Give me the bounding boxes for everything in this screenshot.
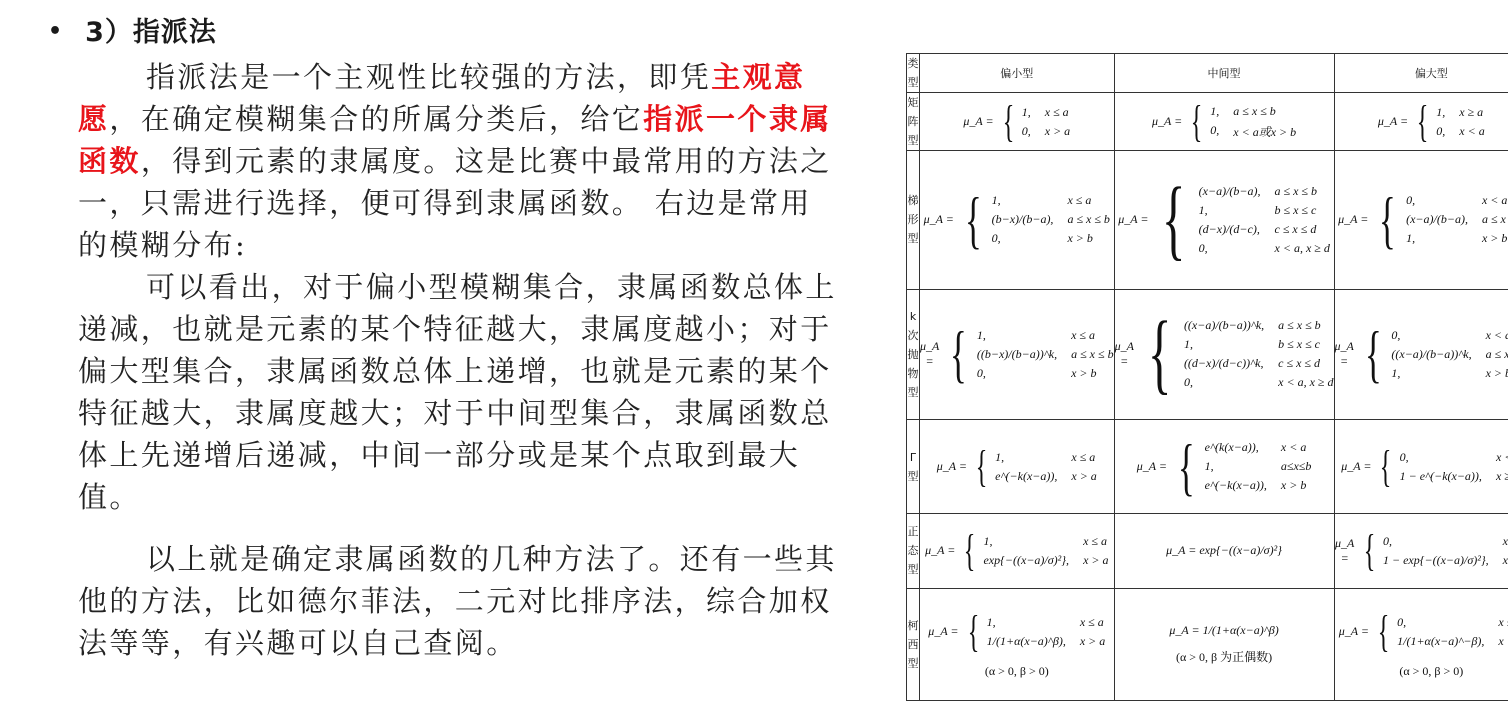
formula-term: x > b bbox=[1486, 366, 1508, 381]
brace-icon: { bbox=[965, 188, 982, 252]
brace-icon: { bbox=[950, 322, 967, 386]
formula-term: x ≤ a bbox=[1071, 328, 1114, 343]
brace-icon: { bbox=[967, 610, 979, 654]
brace-icon: { bbox=[1147, 309, 1171, 399]
formula-term: c ≤ x ≤ d bbox=[1278, 356, 1333, 371]
cell-small: μ_A ={ 1,x ≤ a 0,x > a bbox=[920, 93, 1115, 151]
cell-small: μ_A ={ 1,x ≤ a ((b−x)/(b−a))^k,a ≤ x ≤ b… bbox=[920, 289, 1115, 419]
formula-term: 1/(1+α(x−a)^β), bbox=[987, 634, 1066, 649]
text-segment: 以上就是确定隶属函数的几种方法了。还有一些其他的方法，比如德尔菲法，二元对比排序… bbox=[78, 542, 837, 660]
formula-term: 0, bbox=[1436, 124, 1445, 139]
formula-term: (x−a)/(b−a), bbox=[1199, 184, 1261, 199]
formula-term: x < a bbox=[1281, 440, 1312, 455]
row-label: 正态型 bbox=[907, 514, 920, 588]
formula-term: μ_A = bbox=[928, 624, 958, 639]
body-text: 指派法是一个主观性比较强的方法，即凭主观意愿，在确定模糊集合的所属分类后，给它指… bbox=[78, 56, 838, 664]
paragraph-3: 以上就是确定隶属函数的几种方法了。还有一些其他的方法，比如德尔菲法，二元对比排序… bbox=[78, 538, 838, 664]
brace-icon: { bbox=[1191, 100, 1203, 144]
formula-term: 1, bbox=[1205, 459, 1267, 474]
formula-term: x > a bbox=[1071, 469, 1096, 484]
formula-term: μ_A = bbox=[1115, 339, 1134, 369]
formula-term: x > a bbox=[1045, 124, 1070, 139]
table-row: 正态型 μ_A ={ 1,x ≤ a exp{−((x−a)/σ)²},x > … bbox=[907, 514, 1508, 588]
formula-term: ((b−x)/(b−a))^k, bbox=[977, 347, 1057, 362]
formula-term: x > a bbox=[1083, 553, 1108, 568]
formula-term: 1, bbox=[987, 615, 1066, 630]
formula-term: a ≤ x ≤ b bbox=[1482, 212, 1508, 227]
cell-large: μ_A ={ 0,x ≤ a 1/(1+α(x−a)^−β),x > a (α … bbox=[1334, 588, 1508, 700]
cell-small: μ_A ={ 1,x ≤ a (b−x)/(b−a),a ≤ x ≤ b 0,x… bbox=[920, 151, 1115, 289]
formula-term: 0, bbox=[1400, 450, 1482, 465]
formula-term: e^(−k(x−a)), bbox=[995, 469, 1057, 484]
formula-term: μ_A = bbox=[1339, 624, 1369, 639]
formula-term: μ_A = bbox=[925, 543, 955, 558]
cell-small: μ_A ={ 1,x ≤ a 1/(1+α(x−a)^β),x > a (α >… bbox=[920, 588, 1115, 700]
cell-large: μ_A ={ 1,x ≥ a 0,x < a bbox=[1334, 93, 1508, 151]
cauchy-large-note: (α > 0, β > 0) bbox=[1335, 664, 1508, 679]
brace-icon: { bbox=[964, 529, 976, 573]
formula-term: x > b bbox=[1067, 231, 1110, 246]
brace-icon: { bbox=[1380, 445, 1392, 489]
table-header-row: 类型 偏小型 中间型 偏大型 bbox=[907, 54, 1508, 93]
formula-term: 1, bbox=[1022, 105, 1031, 120]
formula-term: x < a bbox=[1482, 193, 1508, 208]
section-title-text: 3）指派法 bbox=[85, 17, 217, 48]
text-segment: ，得到元素的隶属度。这是比赛中最常用的方法之一，只需进行选择，便可得到隶属函数。… bbox=[78, 144, 832, 262]
formula-term: x ≤ a bbox=[1503, 534, 1508, 549]
col-header-large: 偏大型 bbox=[1334, 54, 1508, 93]
formula-term: 1, bbox=[1406, 231, 1468, 246]
table-row: 柯西型 μ_A ={ 1,x ≤ a 1/(1+α(x−a)^β),x > a … bbox=[907, 588, 1508, 700]
formula-term: 0, bbox=[977, 366, 1057, 381]
row-label: 矩阵型 bbox=[907, 93, 920, 151]
cell-large: μ_A ={ 0,x < a ((x−a)/(b−a))^k,a ≤ x ≤ b… bbox=[1334, 289, 1508, 419]
bullet-icon: • bbox=[48, 19, 63, 44]
row-label: 梯形型 bbox=[907, 151, 920, 289]
formula-term: μ_A = bbox=[1335, 339, 1354, 369]
formula-term: 0, bbox=[1391, 328, 1471, 343]
formula-term: x > b bbox=[1281, 478, 1312, 493]
formula-term: 0, bbox=[992, 231, 1054, 246]
table-row: 梯形型 μ_A ={ 1,x ≤ a (b−x)/(b−a),a ≤ x ≤ b… bbox=[907, 151, 1508, 289]
cell-middle: μ_A ={ ((x−a)/(b−a))^k,a ≤ x ≤ b 1,b ≤ x… bbox=[1114, 289, 1334, 419]
formula-term: x < a bbox=[1496, 450, 1508, 465]
paragraph-2: 可以看出，对于偏小型模糊集合，隶属函数总体上递减，也就是元素的某个特征越大，隶属… bbox=[78, 266, 838, 518]
formula-term: μ_A = bbox=[1341, 459, 1371, 474]
formula-term: c ≤ x ≤ d bbox=[1275, 222, 1330, 237]
formula-term: μ_A = bbox=[1118, 212, 1148, 227]
formula-term: x ≤ a bbox=[1080, 615, 1105, 630]
formula-term: x ≤ a bbox=[1498, 615, 1508, 630]
formula-term: 0, bbox=[1210, 123, 1219, 140]
cell-middle: μ_A ={ (x−a)/(b−a),a ≤ x ≤ b 1,b ≤ x ≤ c… bbox=[1114, 151, 1334, 289]
formula-term: μ_A = bbox=[937, 459, 967, 474]
formula-term: 1, bbox=[1436, 105, 1445, 120]
formula-term: 1, bbox=[1199, 203, 1261, 218]
formula-term: 1, bbox=[977, 328, 1057, 343]
brace-icon: { bbox=[1002, 100, 1014, 144]
cell-small: μ_A ={ 1,x ≤ a exp{−((x−a)/σ)²},x > a bbox=[920, 514, 1115, 588]
formula-term: μ_A = bbox=[1137, 459, 1167, 474]
formula-term: a ≤ x ≤ b bbox=[1233, 104, 1296, 119]
formula-term: b ≤ x ≤ c bbox=[1278, 337, 1333, 352]
formula-term: e^(k(x−a)), bbox=[1205, 440, 1267, 455]
formula-term: a ≤ x ≤ b bbox=[1275, 184, 1330, 199]
col-header-small: 偏小型 bbox=[920, 54, 1115, 93]
formula-term: 1, bbox=[983, 534, 1069, 549]
formula-term: x ≤ a bbox=[1083, 534, 1108, 549]
cell-large: μ_A ={ 0,x < a 1 − e^(−k(x−a)),x ≥ a bbox=[1334, 420, 1508, 514]
formula-term: a ≤ x ≤ b bbox=[1071, 347, 1114, 362]
formula-term: 1/(1+α(x−a)^−β), bbox=[1397, 634, 1484, 649]
formula-term: 0, bbox=[1022, 124, 1031, 139]
text-segment: 指派法是一个主观性比较强的方法，即凭 bbox=[146, 60, 711, 94]
cauchy-middle-note: (α > 0, β 为正偶数) bbox=[1115, 648, 1334, 665]
formula-term: e^(−k(x−a)), bbox=[1205, 478, 1267, 493]
formula-term: x ≥ a bbox=[1459, 105, 1484, 120]
row-label: Γ型 bbox=[907, 420, 920, 514]
formula-term: x > b bbox=[1482, 231, 1508, 246]
cell-small: μ_A ={ 1,x ≤ a e^(−k(x−a)),x > a bbox=[920, 420, 1115, 514]
formula-term: 0, bbox=[1406, 193, 1468, 208]
formula-term: 0, bbox=[1184, 375, 1264, 390]
row-label: 柯西型 bbox=[907, 588, 920, 700]
corner-header: 类型 bbox=[907, 54, 920, 93]
formula-term: x < a, x ≥ d bbox=[1275, 241, 1330, 256]
formula-term: x > b bbox=[1071, 366, 1114, 381]
cell-middle: μ_A ={ 1,a ≤ x ≤ b 0,x < a或x > b bbox=[1114, 93, 1334, 151]
formula-term: μ_A = bbox=[1378, 114, 1408, 129]
formula-term: μ_A = bbox=[963, 114, 993, 129]
formula-term: 1, bbox=[995, 450, 1057, 465]
formula-term: 1, bbox=[992, 193, 1054, 208]
row-label: k次抛物型 bbox=[907, 289, 920, 419]
formula-term: ((x−a)/(b−a))^k, bbox=[1391, 347, 1471, 362]
text-segment: 可以看出，对于偏小型模糊集合，隶属函数总体上递减，也就是元素的某个特征越大，隶属… bbox=[78, 270, 837, 514]
formula-term: 0, bbox=[1383, 534, 1489, 549]
formula-term: x < a bbox=[1486, 328, 1508, 343]
formula-term: a ≤ x ≤ b bbox=[1486, 347, 1508, 362]
formula-term: ((d−x)/(d−c))^k, bbox=[1184, 356, 1264, 371]
table-row: 矩阵型 μ_A ={ 1,x ≤ a 0,x > a μ_A ={ 1,a ≤ … bbox=[907, 93, 1508, 151]
formula-term: a ≤ x ≤ b bbox=[1067, 212, 1110, 227]
formula-term: (d−x)/(d−c), bbox=[1199, 222, 1261, 237]
brace-icon: { bbox=[1379, 188, 1396, 252]
formula-term: x < a或x > b bbox=[1233, 123, 1296, 140]
formula-term: μ_A = bbox=[1335, 536, 1355, 566]
brace-icon: { bbox=[1378, 610, 1390, 654]
formula-term: 0, bbox=[1397, 615, 1484, 630]
formula-term: x > a bbox=[1498, 634, 1508, 649]
formula-term: x < a bbox=[1459, 124, 1484, 139]
formula-term: 1, bbox=[1210, 104, 1219, 119]
formula-term: (x−a)/(b−a), bbox=[1406, 212, 1468, 227]
formula-term: 1, bbox=[1184, 337, 1264, 352]
brace-icon: { bbox=[976, 445, 988, 489]
brace-icon: { bbox=[1178, 435, 1195, 499]
formula-term: b ≤ x ≤ c bbox=[1275, 203, 1330, 218]
section-title: •3）指派法 bbox=[48, 10, 217, 49]
formula-term: x > a bbox=[1503, 553, 1508, 568]
table-row: Γ型 μ_A ={ 1,x ≤ a e^(−k(x−a)),x > a μ_A … bbox=[907, 420, 1508, 514]
fuzzy-distribution-table: 类型 偏小型 中间型 偏大型 矩阵型 μ_A ={ 1,x ≤ a 0,x > … bbox=[906, 53, 1508, 701]
formula-term: x < a, x ≥ d bbox=[1278, 375, 1333, 390]
brace-icon: { bbox=[1364, 529, 1376, 573]
formula-term: x > a bbox=[1080, 634, 1105, 649]
formula-term: x ≤ a bbox=[1045, 105, 1070, 120]
formula-term: x ≤ a bbox=[1067, 193, 1110, 208]
cell-large: μ_A ={ 0,x ≤ a 1 − exp{−((x−a)/σ)²},x > … bbox=[1334, 514, 1508, 588]
formula-term: a≤x≤b bbox=[1281, 459, 1312, 474]
text-segment: ，在确定模糊集合的所属分类后，给它 bbox=[109, 102, 643, 136]
brace-icon: { bbox=[1162, 175, 1186, 265]
formula-term: μ_A = bbox=[1152, 114, 1182, 129]
formula-term: μ_A = bbox=[920, 339, 939, 369]
col-header-middle: 中间型 bbox=[1114, 54, 1334, 93]
formula-term: x ≥ a bbox=[1496, 469, 1508, 484]
cell-middle: μ_A = 1/(1+α(x−a)^β) (α > 0, β 为正偶数) bbox=[1114, 588, 1334, 700]
formula-term: μ_A = bbox=[1338, 212, 1368, 227]
formula-term: (b−x)/(b−a), bbox=[992, 212, 1054, 227]
brace-icon: { bbox=[1417, 100, 1429, 144]
formula-term: μ_A = bbox=[924, 212, 954, 227]
formula-term: x ≤ a bbox=[1071, 450, 1096, 465]
table-row: k次抛物型 μ_A ={ 1,x ≤ a ((b−x)/(b−a))^k,a ≤… bbox=[907, 289, 1508, 419]
formula-term: ((x−a)/(b−a))^k, bbox=[1184, 318, 1264, 333]
formula-term: exp{−((x−a)/σ)²}, bbox=[983, 553, 1069, 568]
cell-large: μ_A ={ 0,x < a (x−a)/(b−a),a ≤ x ≤ b 1,x… bbox=[1334, 151, 1508, 289]
formula-term: 0, bbox=[1199, 241, 1261, 256]
cell-middle: μ_A ={ e^(k(x−a)),x < a 1,a≤x≤b e^(−k(x−… bbox=[1114, 420, 1334, 514]
cauchy-small-note: (α > 0, β > 0) bbox=[920, 664, 1114, 679]
formula-term: a ≤ x ≤ b bbox=[1278, 318, 1333, 333]
formula-term: 1, bbox=[1391, 366, 1471, 381]
cell-middle: μ_A = exp{−((x−a)/σ)²} bbox=[1114, 514, 1334, 588]
paragraph-1: 指派法是一个主观性比较强的方法，即凭主观意愿，在确定模糊集合的所属分类后，给它指… bbox=[78, 56, 838, 266]
formula-term: 1 − exp{−((x−a)/σ)²}, bbox=[1383, 553, 1489, 568]
formula-term: 1 − e^(−k(x−a)), bbox=[1400, 469, 1482, 484]
brace-icon: { bbox=[1365, 322, 1382, 386]
